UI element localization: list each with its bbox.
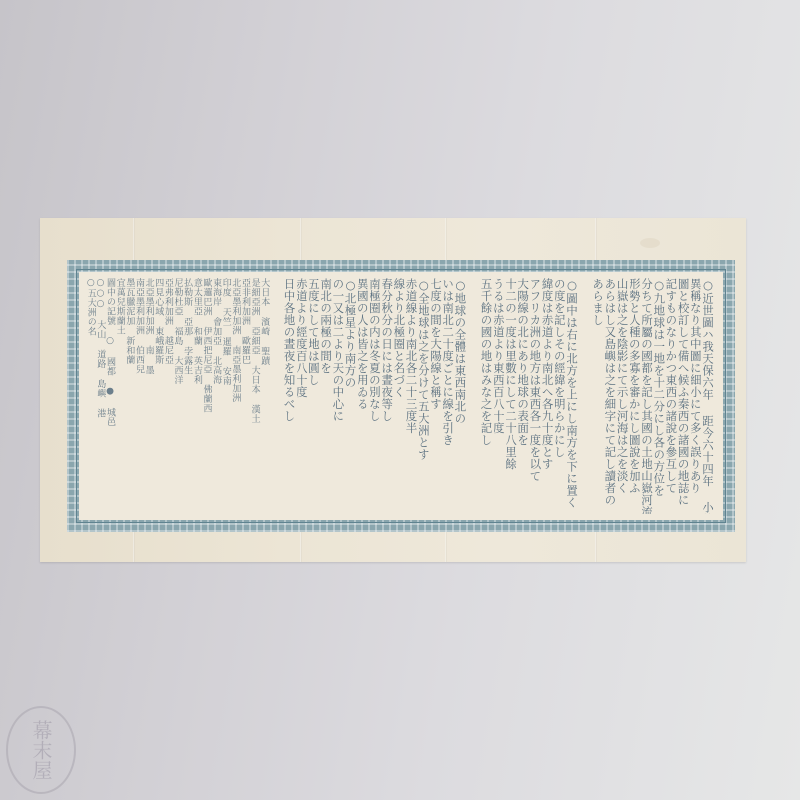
text-column: 東海岸 會加亞 北高海 [212, 278, 222, 514]
text-columns: ○近世圖ハ我天保六年 距今六十四年 小德蘭の人の異稱なり其中圖に細小にて多く誤り… [87, 278, 715, 514]
text-column: 異國の人は皆之を用ゐる [358, 278, 370, 514]
text-column: ○全地球は之を分けて五大洲とす [419, 278, 431, 514]
text-column: の度を記しその經緯を明らかにし [555, 278, 567, 514]
shop-watermark-logo: 幕末屋 [6, 706, 76, 794]
text-column: 歐邏巴洲 伊西把尼亞 佛蘭西 [203, 278, 213, 514]
text-column: ○近世圖ハ我天保六年 距今六十四年 小德蘭の人の [703, 278, 715, 514]
text-column: 南亞墨利加洲 伯西兒 [135, 278, 145, 514]
text-column: 異稱なり其中圖に細小にて多く誤りあり [691, 278, 703, 514]
document-paper: ○近世圖ハ我天保六年 距今六十四年 小德蘭の人の異稱なり其中圖に細小にて多く誤り… [40, 218, 746, 562]
text-column: 緯度は赤道より南北へ各九十度とす [542, 278, 554, 514]
text-column: の一又は二より天の中心に [333, 278, 345, 514]
text-column: 圖中の記號 ○ 國都 ● 城邑 [106, 278, 116, 514]
text-column: ○北極星より南方の [345, 278, 357, 514]
watermark-text: 幕末屋 [30, 720, 52, 780]
text-column: 南極圈の内は冬夏の別なし [370, 278, 382, 514]
column-gap [270, 278, 284, 514]
text-column: 亞非利加洲 歐羅巴 [241, 278, 251, 514]
text-column: 山嶽は之を陰影にて示し河海は之を淡く [617, 278, 629, 514]
text-column: うるは赤道より東西百八十度 [494, 278, 506, 514]
column-gap [467, 278, 481, 514]
text-column: 北亞墨利加洲 南亞墨利加洲 [232, 278, 242, 514]
text-column: 圖と校訂して備へ候ふ秦西の諸國の地誌に [678, 278, 690, 514]
text-column: 赤道より經度百八十度 [297, 278, 309, 514]
text-column: 春分秋分の日には晝夜等し [382, 278, 394, 514]
text-column: 線より北極圈と名づく [394, 278, 406, 514]
text-column: ○○○ 大山 道路 島嶼 港 [97, 278, 107, 514]
text-column: アフリカ洲の地方は東西各一度を以て [530, 278, 542, 514]
text-column: 四見心域 東峨羅斯 [155, 278, 165, 514]
text-column: あらまし [593, 278, 605, 514]
text-column: 南北の兩極の間を [321, 278, 333, 514]
paper-stain [640, 238, 660, 248]
text-column: ○地球の全體は東西南北の [455, 278, 467, 514]
text-column: 亞弗利加洲 越尼亞 [164, 278, 174, 514]
text-column: 印度 天竺 暹羅 安南 [222, 278, 232, 514]
text-column: 十二の一度は里數にして二十八里餘 [506, 278, 518, 514]
meander-border: ○近世圖ハ我天保六年 距今六十四年 小德蘭の人の異稱なり其中圖に細小にて多く誤り… [67, 260, 735, 532]
text-column: 大日本 濱崎 聖蹟 [261, 278, 271, 514]
text-column: 記すものなりかつ東西の諸說を參互して [666, 278, 678, 514]
text-column: 形勢と人種の多寡を審かにし圖說を加ふ [630, 278, 642, 514]
text-column: 分ちて所屬の國都を記し其國の土地山嶽河流の [642, 278, 654, 514]
text-column: あらはし又島嶼は之を細字にて記し讀者の [605, 278, 617, 514]
text-column: 大陽線の北にあり地球の表面を [518, 278, 530, 514]
text-column: 七度の間を大陽線と稱す [431, 278, 443, 514]
text-column: 日中各地の晝夜を知るべし [284, 278, 296, 514]
text-column: 墨瓦臘泥加 新和蘭 [126, 278, 136, 514]
text-column: 尼勒杜亞 福島 大西洋 [174, 278, 184, 514]
text-column: 五度にして地は圓し [309, 278, 321, 514]
text-column: 払勒斯 亞那 孛露生 [184, 278, 194, 514]
column-gap [579, 278, 593, 514]
text-column: ○九地球は一地を十二分にし各の方位を [654, 278, 666, 514]
text-column: ○五大洲の名 [87, 278, 97, 514]
text-column: いは南北二十度ごとに線を引き [443, 278, 455, 514]
text-column: 北亞墨利加洲 南 墨 [145, 278, 155, 514]
text-column: 是細亞洲 亞細亞 大日本 漢土 [251, 278, 261, 514]
text-column: 宜萬兒斯蘭土 [116, 278, 126, 514]
text-column: 意太里亞 和蘭 英吉利 [193, 278, 203, 514]
text-column: ○圖中は右に北方を上にし南方を下に置く [567, 278, 579, 514]
text-column: 五千餘の國の地はみな之を記し [481, 278, 493, 514]
text-column: 赤道線より南北各二十三度半 [406, 278, 418, 514]
